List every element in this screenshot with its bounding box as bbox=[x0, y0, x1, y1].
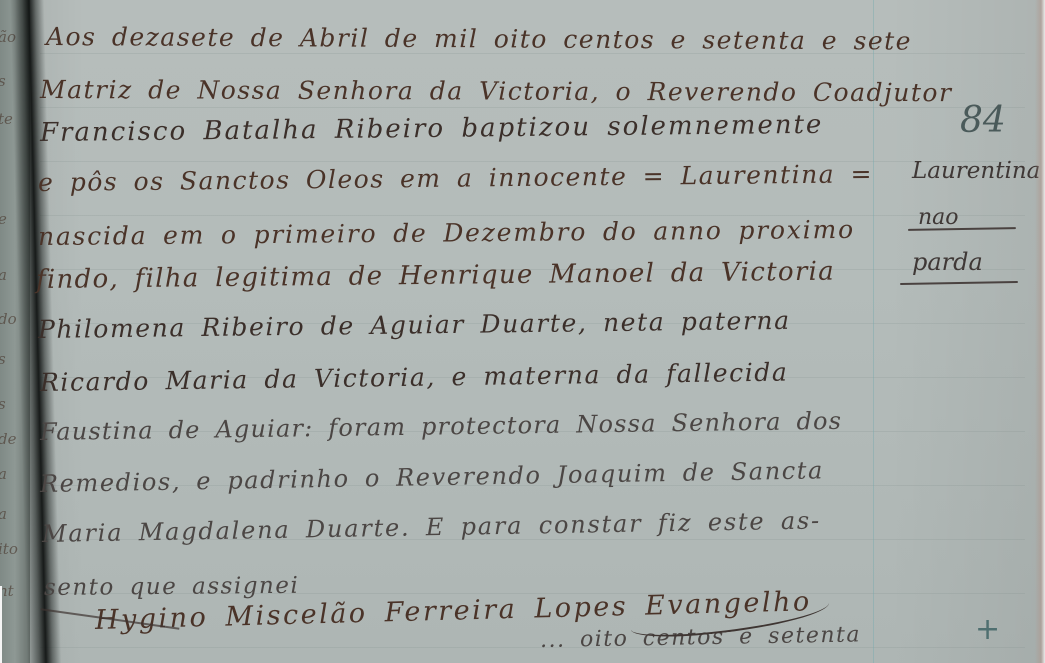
prev-page-fragment: s bbox=[0, 72, 6, 90]
prev-page-fragment: de bbox=[0, 430, 16, 448]
page-right-edge bbox=[1035, 0, 1045, 663]
text-line-2: Matriz de Nossa Senhora da Victoria, o R… bbox=[40, 75, 953, 107]
margin-note-2: parda bbox=[912, 248, 983, 276]
margin-name: Laurentina bbox=[912, 158, 1040, 184]
prev-page-fragment: s bbox=[0, 395, 6, 413]
prev-page-fragment: ito bbox=[0, 540, 18, 558]
text-line-1: Aos dezasete de Abril de mil oito centos… bbox=[46, 22, 912, 56]
prev-page-fragment: e bbox=[0, 210, 7, 228]
text-line-12: sento que assignei bbox=[44, 573, 299, 601]
cross-mark-icon: + bbox=[975, 612, 1000, 647]
prev-page-fragment: nt bbox=[0, 582, 14, 600]
prev-page-fragment: s bbox=[0, 350, 6, 368]
prev-page-fragment: a bbox=[0, 505, 7, 523]
prev-page-fragment: do bbox=[0, 310, 17, 328]
prev-page-fragment: te bbox=[0, 110, 13, 128]
register-page: ão s te e a do s s de a a ito nt Aos dez… bbox=[0, 0, 1045, 663]
entry-number: 84 bbox=[960, 100, 1006, 141]
prev-page-fragment: a bbox=[0, 465, 7, 483]
margin-note-1: nao bbox=[918, 205, 959, 230]
scan-edge bbox=[0, 586, 2, 663]
prev-page-fragment: a bbox=[0, 266, 7, 284]
